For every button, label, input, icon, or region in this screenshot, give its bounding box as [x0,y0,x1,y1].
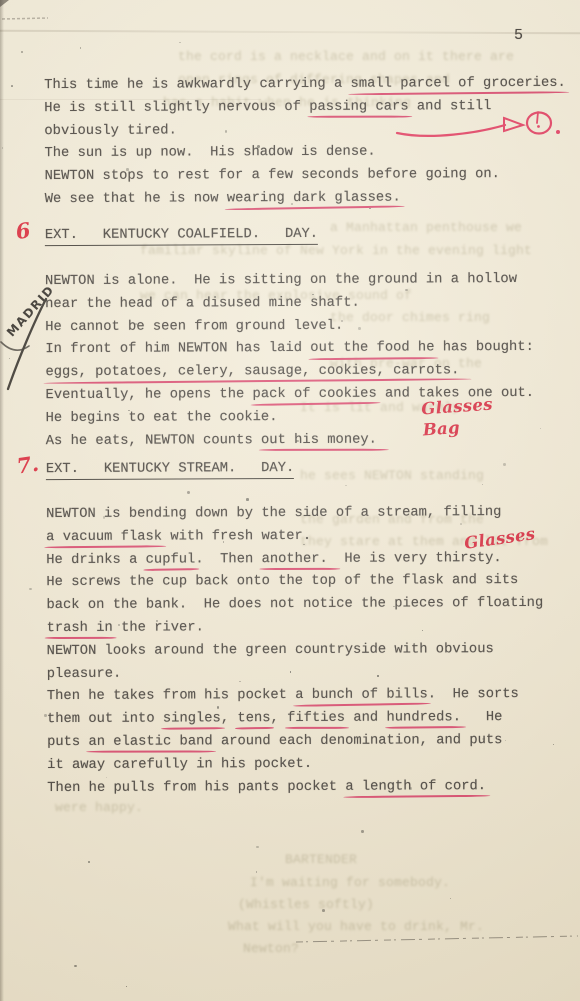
speck [98,556,99,557]
text-segment: The sun is up now. His shadow is dense. [44,145,375,161]
scene-heading-text: EXT. KENTUCKY COALFIELD. DAY. [45,227,318,246]
text-segment: In front of him NEWTON has laid [45,341,310,357]
red-underlined-text: tens [237,711,270,726]
script-line: NEWTON looks around the green countrysid… [47,639,544,664]
script-page: the cord is a necklace and on it there a… [0,0,580,1001]
text-segment: back on the bank. He does not notice the… [46,596,543,613]
text-segment: with fresh water. [162,529,311,545]
text-segment: Eventually, he opens the [46,387,253,403]
script-line: Then he pulls from his pants pocket a le… [47,775,544,800]
text-segment: He screws the cup back onto the top of t… [46,573,518,590]
text-segment: and still [409,99,492,114]
script-line: In front of him NEWTON has laid out the … [45,337,534,362]
script-line: pleasure. [47,661,544,686]
speck [29,588,32,590]
text-segment: He is very thirsty. [336,551,502,567]
text-segment: NEWTON stops to rest for a few seconds b… [45,167,500,184]
red-underlined-text: pack of cookies [253,387,377,403]
red-underlined-text: singles [163,711,221,726]
speck [312,294,314,295]
red-underlined-text: wearing dark glasses. [227,190,401,206]
speck [322,909,325,912]
scene-number: 6 [14,219,32,244]
script-line: NEWTON is alone. He is sitting on the gr… [45,269,534,294]
text-segment: NEWTON looks around the green countrysid… [47,642,494,659]
speck [290,671,291,673]
red-underlined-text: an elastic band [88,734,212,750]
text-segment: He [461,710,502,725]
script-line: NEWTON is bending down by the side of a … [46,502,543,527]
speck [11,85,13,87]
text-segment: . He sorts [428,687,519,702]
scene-number: 7. [15,453,40,479]
text-segment: He cannot be seen from ground level. [45,318,343,334]
text-segment: He begins to eat the cookie. [46,410,278,426]
red-underlined-text: small parcel of groceries. [350,76,565,92]
speck [80,47,82,48]
speck [246,498,249,500]
scene-heading: 6EXT. KENTUCKY COALFIELD. DAY. [45,224,318,248]
text-segment: , [221,711,238,726]
text-segment: He drinks a [46,552,145,567]
text-segment: , [270,711,287,726]
text-segment: them out into [47,712,163,728]
script-line: This time he is awkwardly carrying a sma… [44,73,566,98]
script-line: obviously tired. [44,118,566,143]
text-segment: and [345,711,386,726]
text-segment: it away carefully in his pocket. [47,757,312,773]
page-number: 5 [514,27,524,44]
speck [482,738,485,740]
speck [450,898,452,899]
red-underlined-text: out the food he [310,341,434,357]
text-segment: Then he takes from his pocket [47,688,295,704]
red-underlined-text: passing cars [309,99,408,114]
speck [410,787,412,790]
paper-crease-faint [0,99,261,100]
text-segment: Then he pulls from his pants pocket [47,779,345,795]
script-line: it away carefully in his pocket. [47,753,544,778]
red-underlined-text: a length of cord. [345,779,486,795]
script-line: eggs, potatoes, celery, sausage, cookies… [45,360,534,385]
text-segment: near the head of a disused mine shaft. [45,295,360,311]
text-segment: pleasure. [47,666,122,681]
text-segment: . Then [195,552,261,567]
text-segment: This time he is awkwardly carrying a [44,77,350,93]
text-segment: the river. [113,620,204,635]
scene-heading-text: EXT. KENTUCKY STREAM. DAY. [46,461,294,480]
red-underlined-text: a vacuum flask [46,529,162,545]
red-underlined-text: a bunch of bills [295,688,428,704]
text-segment: NEWTON is bending down by the side of a … [46,505,501,522]
red-underlined-text: another. [262,551,337,566]
annotation-glasses-bag: Glasses Bag [421,394,495,441]
speck [135,323,137,325]
script-line: He screws the cup back onto the top of t… [46,570,543,595]
speck [88,861,90,863]
script-line: NEWTON stops to rest for a few seconds b… [45,164,567,189]
text-segment: obviously tired. [44,123,177,139]
script-line: Then he takes from his pocket a bunch of… [47,684,544,709]
script-line: He cannot be seen from ground level. [45,315,534,340]
speck [505,740,506,741]
speck [358,327,361,330]
scene-heading: 7.EXT. KENTUCKY STREAM. DAY. [46,458,294,482]
typewritten-text: This time he is awkwardly carrying a sma… [0,0,580,1001]
text-segment: As he eats, NEWTON counts [46,433,261,449]
script-line: them out into singles, tens, fifties and… [47,707,544,732]
action-paragraph: This time he is awkwardly carrying a sma… [44,73,566,212]
script-line: trash in the river. [47,616,544,641]
page-left-edge-shadow [0,0,4,1001]
speck [126,168,128,171]
red-underlined-text: out his money. [261,432,385,448]
text-segment: He is still slightly nervous of [44,100,309,116]
speck [503,463,506,466]
text-segment: We see that he is now [45,191,227,207]
script-line: The sun is up now. His shadow is dense. [44,141,566,166]
speck [256,846,258,848]
speck [377,675,378,676]
text-segment: puts [47,735,88,750]
red-underlined-text: fifties [287,711,345,726]
speck [74,965,77,967]
text-segment: NEWTON is alone. He is sitting on the gr… [45,272,517,289]
text-segment: around each denomination, and puts [213,733,503,749]
speck [190,305,192,306]
script-line: back on the bank. He does not notice the… [46,593,543,618]
red-underlined-text: eggs, potatoes, celery, sausage, cookies… [45,363,467,380]
speck [118,624,120,626]
text-segment: has bought: [434,340,533,355]
red-underlined-text: hundreds. [386,710,461,725]
red-underlined-text: cupful [146,552,196,567]
script-line: puts an elastic band around each denomin… [47,730,544,755]
script-line: near the head of a disused mine shaft. [45,292,534,317]
speck [405,289,407,291]
speck [393,606,395,607]
speck [296,440,298,442]
red-underlined-text: trash in [47,621,113,636]
script-line: We see that he is now wearing dark glass… [45,187,567,212]
speck [291,203,294,205]
